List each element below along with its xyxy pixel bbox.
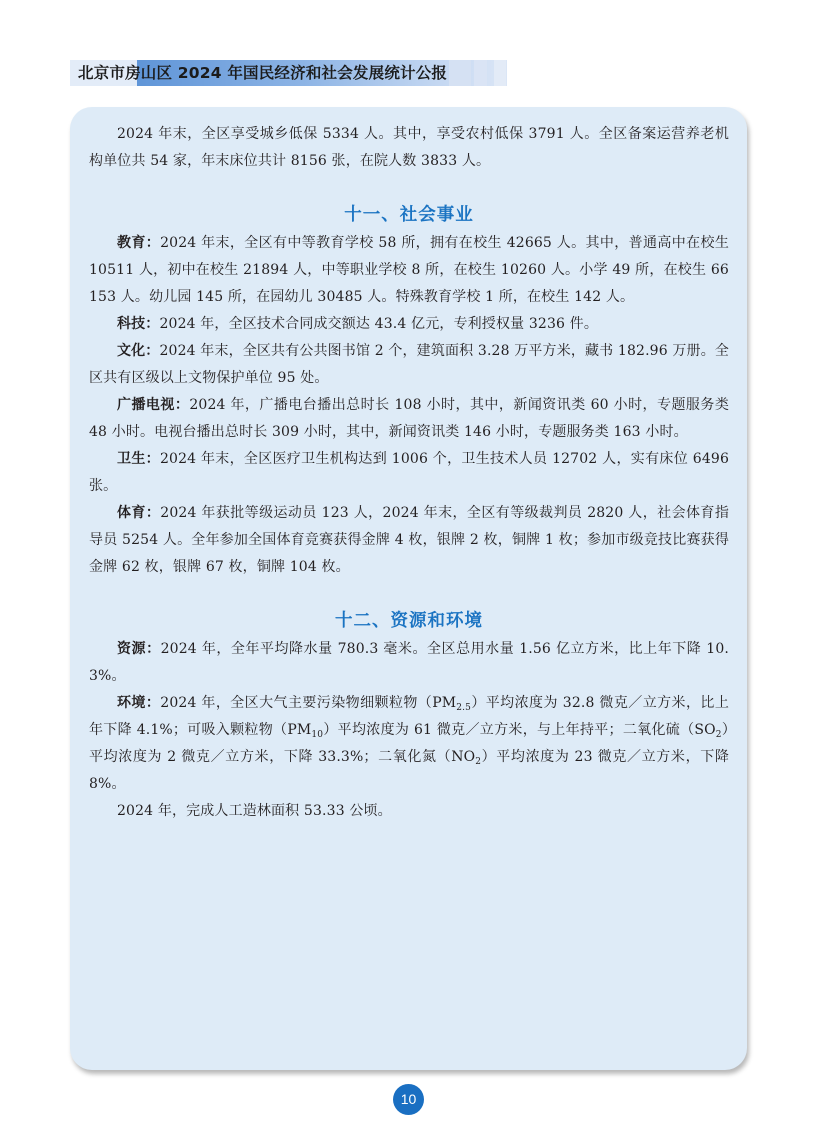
text-health: 2024 年末，全区医疗卫生机构达到 1006 个，卫生技术人员 12702 人… — [89, 451, 729, 494]
banner-decor-block — [449, 60, 471, 86]
label-technology: 科技： — [117, 316, 159, 332]
content-panel: 2024 年末，全区享受城乡低保 5334 人。其中，享受农村低保 3791 人… — [70, 107, 747, 1070]
label-sports: 体育： — [117, 505, 160, 521]
text-culture: 2024 年末，全区共有公共图书馆 2 个，建筑面积 3.28 万平方米，藏书 … — [89, 343, 729, 386]
paragraph-health: 卫生：2024 年末，全区医疗卫生机构达到 1006 个，卫生技术人员 1270… — [89, 446, 729, 500]
paragraph-technology: 科技：2024 年，全区技术合同成交额达 43.4 亿元，专利授权量 3236 … — [89, 311, 729, 338]
paragraph-culture: 文化：2024 年末，全区共有公共图书馆 2 个，建筑面积 3.28 万平方米，… — [89, 338, 729, 392]
paragraph-afforestation: 2024 年，完成人工造林面积 53.33 公顷。 — [89, 798, 729, 825]
report-title: 北京市房山区 2024 年国民经济和社会发展统计公报 — [78, 62, 447, 84]
paragraph-social-assistance: 2024 年末，全区享受城乡低保 5334 人。其中，享受农村低保 3791 人… — [89, 121, 729, 175]
subscript: 10 — [311, 730, 323, 740]
label-broadcasting: 广播电视： — [117, 397, 189, 413]
text-education: 2024 年末，全区有中等教育学校 58 所，拥有在校生 42665 人。其中，… — [89, 235, 729, 305]
subscript: 2.5 — [456, 703, 471, 713]
section-title-social-affairs: 十一、社会事业 — [89, 201, 729, 229]
page-number-badge: 10 — [393, 1084, 424, 1115]
paragraph-broadcasting: 广播电视：2024 年，广播电台播出总时长 108 小时，其中，新闻资讯类 60… — [89, 392, 729, 446]
header-banner: 北京市房山区 2024 年国民经济和社会发展统计公报 — [70, 60, 500, 86]
paragraph-sports: 体育：2024 年获批等级运动员 123 人，2024 年末，全区有等级裁判员 … — [89, 500, 729, 581]
text-resources: 2024 年，全年平均降水量 780.3 毫米。全区总用水量 1.56 亿立方米… — [89, 641, 729, 684]
banner-decor-block — [474, 60, 487, 86]
label-resources: 资源： — [117, 641, 161, 657]
label-culture: 文化： — [117, 343, 159, 359]
banner-decor-block — [494, 60, 506, 86]
label-health: 卫生： — [117, 451, 160, 467]
paragraph-education: 教育：2024 年末，全区有中等教育学校 58 所，拥有在校生 42665 人。… — [89, 230, 729, 311]
paragraph-resources: 资源：2024 年，全年平均降水量 780.3 毫米。全区总用水量 1.56 亿… — [89, 636, 729, 690]
label-environment: 环境： — [117, 695, 160, 711]
paragraph-environment: 环境：2024 年，全区大气主要污染物细颗粒物（PM2.5）平均浓度为 32.8… — [89, 690, 729, 798]
section-title-resources-environment: 十二、资源和环境 — [89, 607, 729, 635]
text-environment-part: 2024 年，全区大气主要污染物细颗粒物（PM — [160, 695, 456, 711]
text-technology: 2024 年，全区技术合同成交额达 43.4 亿元，专利授权量 3236 件。 — [159, 316, 598, 332]
label-education: 教育： — [117, 235, 160, 251]
text-sports: 2024 年获批等级运动员 123 人，2024 年末，全区有等级裁判员 282… — [89, 505, 729, 575]
text-environment-part: ）平均浓度为 61 微克／立方米，与上年持平；二氧化硫（SO — [323, 722, 716, 738]
